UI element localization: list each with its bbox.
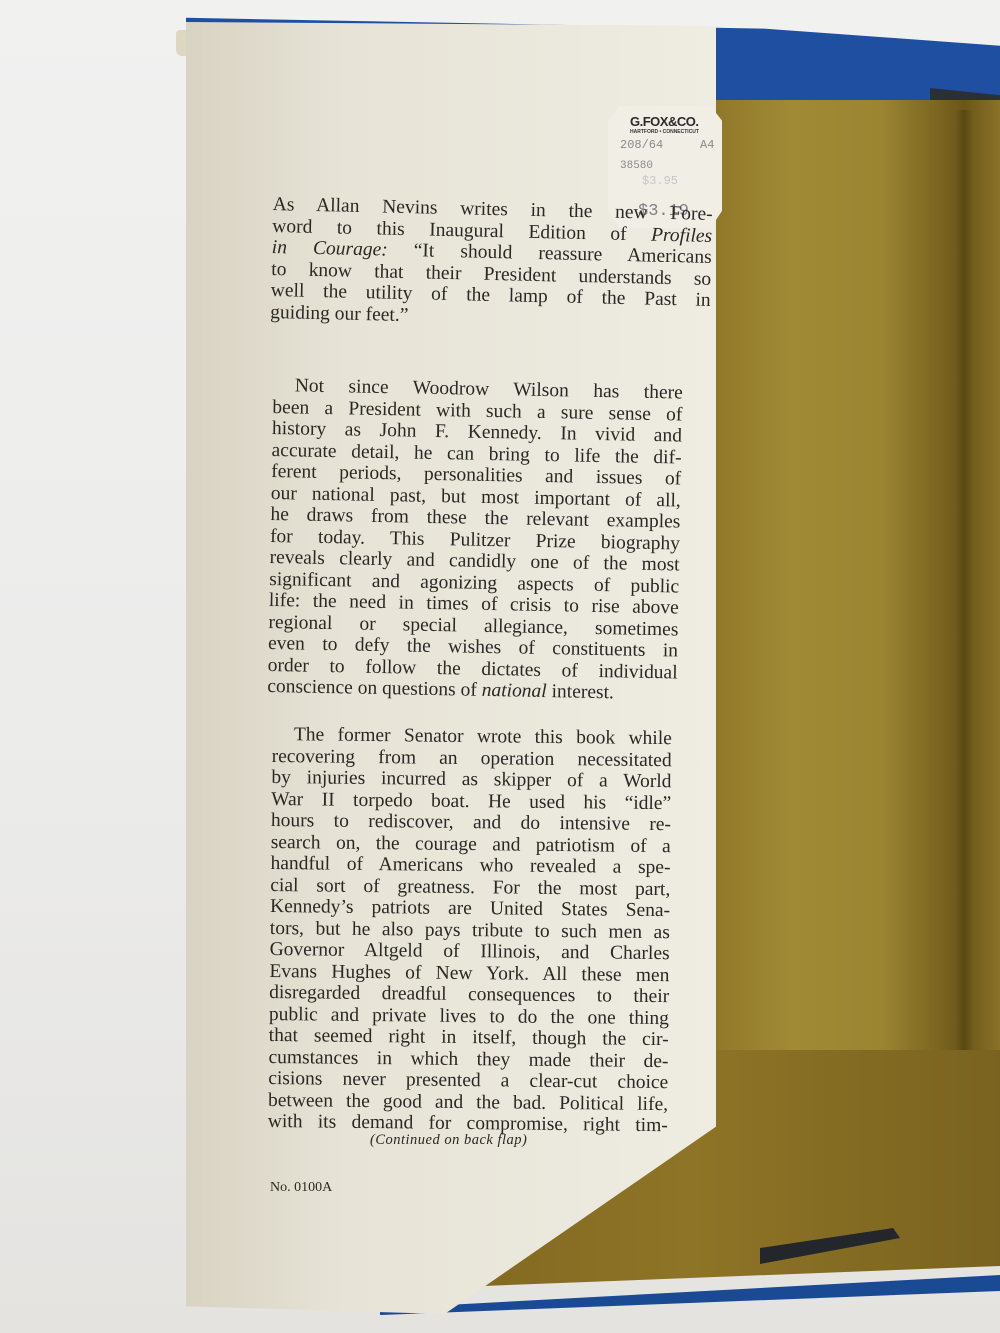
sticker-old-price: $3.95 (642, 174, 678, 188)
sticker-code-second: 38580 (620, 160, 653, 172)
stock-number: No. 0100A (270, 1180, 332, 1196)
kennedy-history-paragraph: Not since Woodrow Wilson has therebeen a… (267, 375, 683, 705)
sticker-code: 208/64 (620, 138, 663, 152)
former-senator-paragraph: The former Senator wrote this book while… (268, 724, 672, 1137)
foreword-paragraph: As Allan Nevins writes in the new Fore- … (270, 194, 713, 333)
sticker-code-suffix: A4 (700, 138, 714, 152)
sticker-city: HARTFORD • CONNECTICUT (630, 129, 699, 135)
photo-scene: G.FOX&CO. HARTFORD • CONNECTICUT 208/64 … (0, 0, 1000, 1333)
continued-note: (Continued on back flap) (370, 1132, 527, 1149)
sticker-brand: G.FOX&CO. (630, 114, 698, 129)
